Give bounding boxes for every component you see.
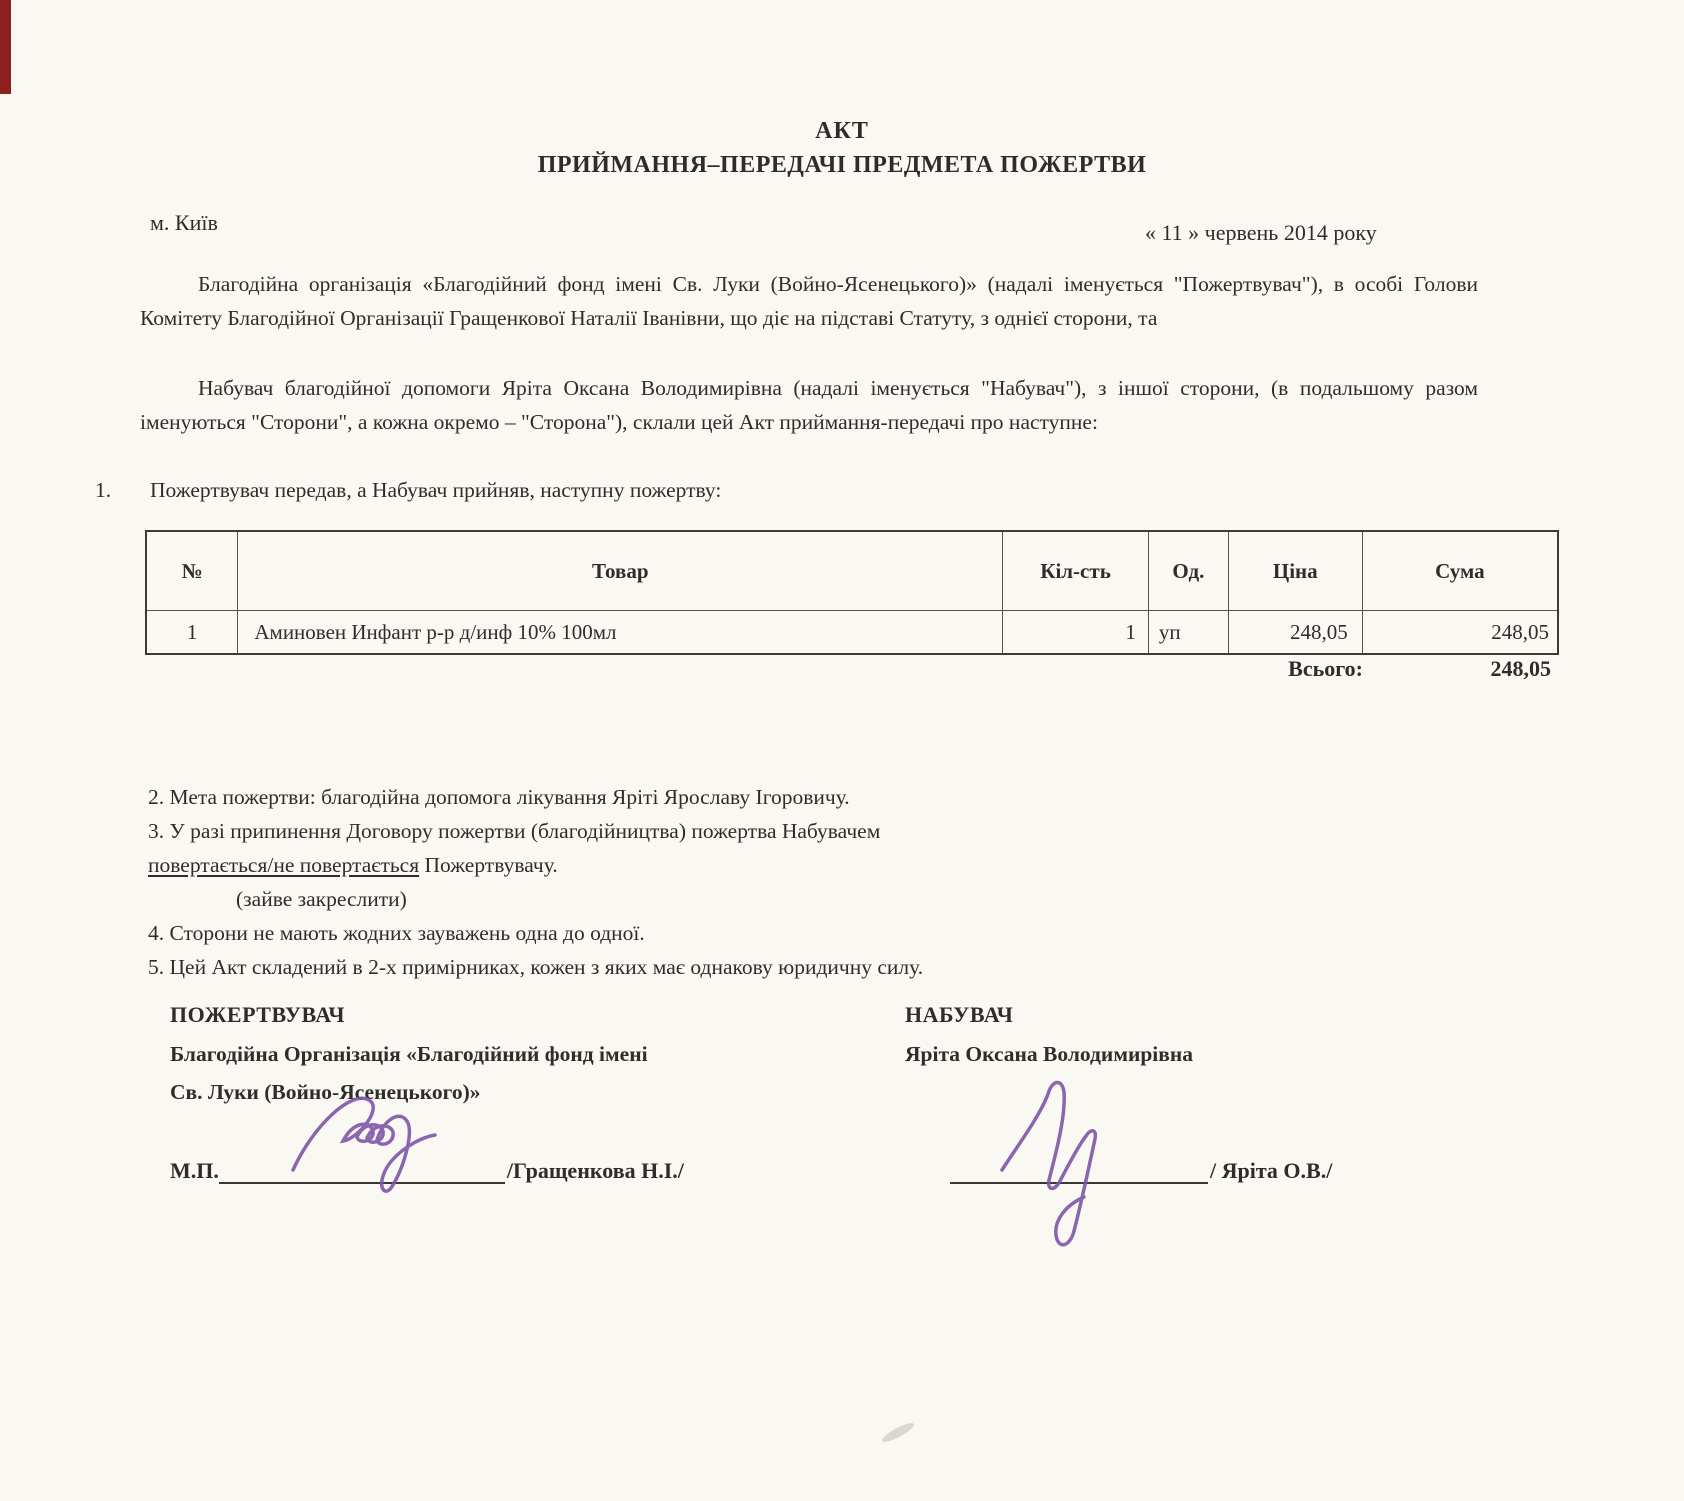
donor-org-line1: Благодійна Організація «Благодійний фонд… bbox=[170, 1042, 648, 1067]
total-row: Всього: 248,05 bbox=[145, 656, 1559, 682]
document-title: АКТ ПРИЙМАННЯ–ПЕРЕДАЧІ ПРЕДМЕТА ПОЖЕРТВИ bbox=[0, 118, 1684, 179]
clause-4: 4. Сторони не мають жодних зауважень одн… bbox=[148, 916, 1348, 950]
scan-corner-artifact bbox=[0, 0, 11, 94]
total-value: 248,05 bbox=[1363, 656, 1559, 682]
clauses-block: 2. Мета пожертви: благодійна допомога лі… bbox=[148, 780, 1348, 984]
cell-sum: 248,05 bbox=[1362, 611, 1558, 655]
donor-signature-row: М.П. /Гращенкова Н.І./ bbox=[170, 1138, 684, 1184]
table-row: 1 Аминовен Инфант р-р д/инф 10% 100мл 1 … bbox=[146, 611, 1558, 655]
city-label: м. Київ bbox=[150, 210, 218, 236]
donation-items-table: № Товар Кіл-сть Од. Ціна Сума 1 Аминовен… bbox=[145, 530, 1559, 655]
recipient-signature-line bbox=[950, 1142, 1208, 1184]
list-item-1-number: 1. bbox=[95, 478, 111, 503]
column-header-number: № bbox=[146, 531, 238, 611]
list-item-1-text: Пожертвувач передав, а Набувач прийняв, … bbox=[150, 478, 721, 503]
column-header-quantity: Кіл-сть bbox=[1003, 531, 1149, 611]
column-header-price: Ціна bbox=[1228, 531, 1362, 611]
paragraph-donor: Благодійна організація «Благодійний фонд… bbox=[140, 268, 1478, 335]
column-header-product: Товар bbox=[238, 531, 1003, 611]
paragraph-recipient: Набувач благодійної допомоги Яріта Оксан… bbox=[140, 372, 1478, 439]
cell-unit: уп bbox=[1148, 611, 1228, 655]
recipient-signee-name: / Яріта О.В./ bbox=[1208, 1158, 1332, 1184]
recipient-full-name: Яріта Оксана Володимирівна bbox=[905, 1042, 1193, 1067]
scan-smudge-artifact bbox=[880, 1420, 916, 1445]
clause-3-underlined-choice: повертається/не повертається bbox=[148, 853, 419, 877]
title-subject: ПРИЙМАННЯ–ПЕРЕДАЧІ ПРЕДМЕТА ПОЖЕРТВИ bbox=[0, 152, 1684, 179]
donor-signature-line bbox=[219, 1142, 505, 1184]
donor-signee-name: /Гращенкова Н.І./ bbox=[505, 1158, 684, 1184]
clause-3-note: (зайве закреслити) bbox=[148, 882, 1348, 916]
cell-product: Аминовен Инфант р-р д/инф 10% 100мл bbox=[238, 611, 1003, 655]
table-header-row: № Товар Кіл-сть Од. Ціна Сума bbox=[146, 531, 1558, 611]
clause-3-line1: 3. У разі припинення Договору пожертви (… bbox=[148, 814, 1348, 848]
recipient-role-heading: НАБУВАЧ bbox=[905, 1002, 1013, 1028]
recipient-signature-row: / Яріта О.В./ bbox=[950, 1138, 1332, 1184]
donor-org-line2: Св. Луки (Войно-Ясенецького)» bbox=[170, 1080, 481, 1105]
clause-2: 2. Мета пожертви: благодійна допомога лі… bbox=[148, 780, 1348, 814]
donor-role-heading: ПОЖЕРТВУВАЧ bbox=[170, 1002, 345, 1028]
title-act: АКТ bbox=[0, 118, 1684, 145]
column-header-unit: Од. bbox=[1148, 531, 1228, 611]
clause-5: 5. Цей Акт складений в 2-х примірниках, … bbox=[148, 950, 1348, 984]
clause-3-line2: повертається/не повертається Пожертвувач… bbox=[148, 848, 1348, 882]
cell-quantity: 1 bbox=[1003, 611, 1149, 655]
column-header-sum: Сума bbox=[1362, 531, 1558, 611]
cell-price: 248,05 bbox=[1228, 611, 1362, 655]
date-label: « 11 » червень 2014 року bbox=[1145, 220, 1377, 246]
clause-3-tail: Пожертвувачу. bbox=[419, 853, 558, 877]
scanned-act-document: АКТ ПРИЙМАННЯ–ПЕРЕДАЧІ ПРЕДМЕТА ПОЖЕРТВИ… bbox=[0, 0, 1684, 1501]
cell-number: 1 bbox=[146, 611, 238, 655]
seal-label: М.П. bbox=[170, 1158, 219, 1184]
total-label: Всього: bbox=[145, 656, 1363, 682]
